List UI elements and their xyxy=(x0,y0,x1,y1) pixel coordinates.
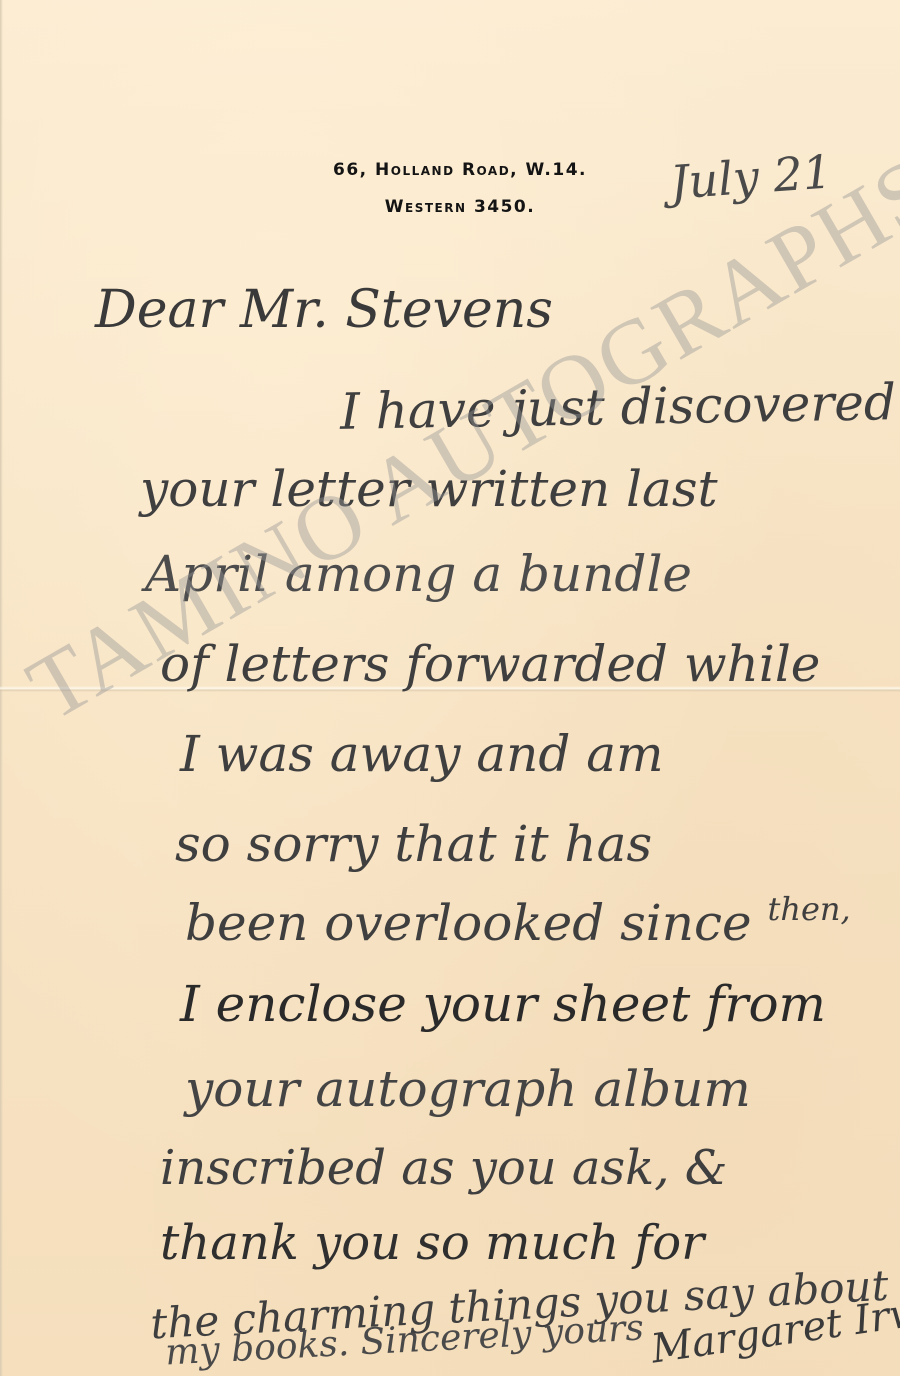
insertion-text: then, xyxy=(767,890,850,928)
body-line: thank you so much for xyxy=(160,1215,704,1271)
letterhead: 66, Holland Road, W.14. Western 3450. xyxy=(300,152,620,226)
body-line: your autograph album xyxy=(185,1060,751,1118)
salutation: Dear Mr. Stevens xyxy=(95,280,553,340)
letterhead-telephone: Western 3450. xyxy=(300,189,620,226)
body-line: so sorry that it has xyxy=(175,815,652,873)
body-line-text: been overlooked since xyxy=(185,894,752,952)
body-line: I was away and am xyxy=(180,725,664,783)
body-line: inscribed as you ask, & xyxy=(160,1140,727,1196)
body-line: been overlooked since then, xyxy=(185,890,851,952)
body-line: of letters forwarded while xyxy=(160,635,820,693)
letterhead-address: 66, Holland Road, W.14. xyxy=(300,152,620,189)
body-line: I enclose your sheet from xyxy=(180,975,826,1033)
